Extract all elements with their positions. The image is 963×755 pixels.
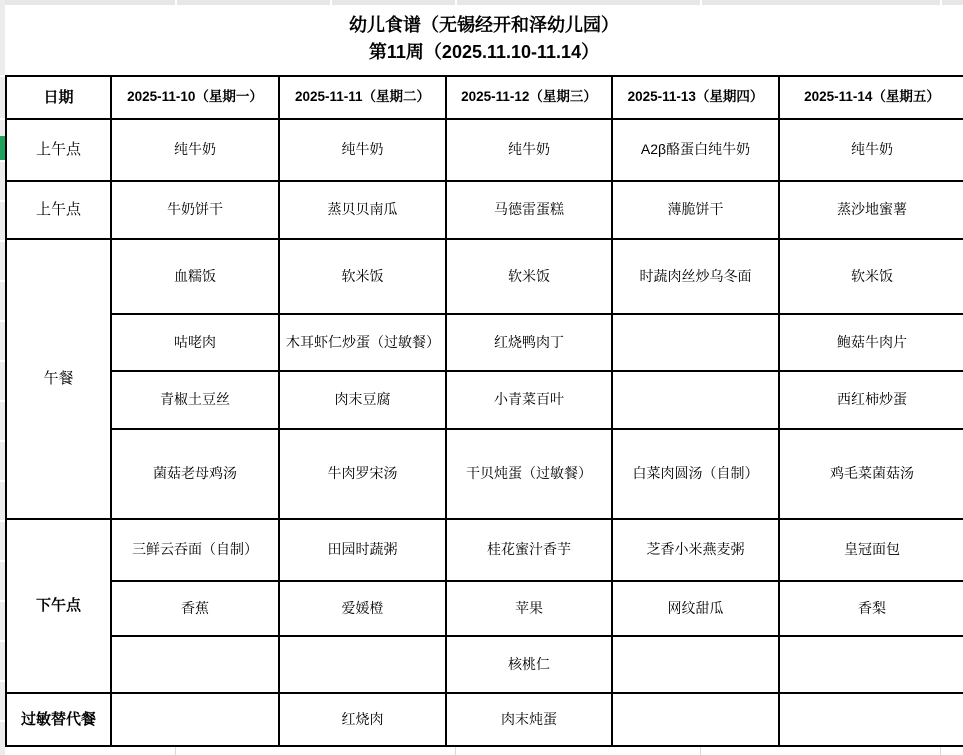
menu-cell[interactable]: 纯牛奶 [446, 119, 612, 181]
menu-cell[interactable] [279, 636, 446, 693]
menu-cell[interactable]: 时蔬肉丝炒乌冬面 [612, 239, 779, 314]
menu-cell[interactable]: 干贝炖蛋（过敏餐） [446, 429, 612, 519]
row-label-lunch[interactable]: 午餐 [6, 239, 111, 519]
corner-label-date[interactable]: 日期 [6, 76, 111, 119]
menu-table: 日期 2025-11-10（星期一） 2025-11-11（星期二） 2025-… [5, 75, 963, 747]
table-row-morning-snack-2: 上午点 牛奶饼干 蒸贝贝南瓜 马德雷蛋糕 薄脆饼干 蒸沙地蜜薯 [6, 181, 963, 239]
menu-cell[interactable]: 软米饭 [446, 239, 612, 314]
menu-cell[interactable]: 软米饭 [279, 239, 446, 314]
row-label-afternoon-snack[interactable]: 下午点 [6, 519, 111, 693]
menu-cell[interactable]: 纯牛奶 [279, 119, 446, 181]
table-row-lunch-soup: 菌菇老母鸡汤 牛肉罗宋汤 干贝炖蛋（过敏餐） 白菜肉圆汤（自制） 鸡毛菜菌菇汤 [6, 429, 963, 519]
menu-cell[interactable]: 三鲜云吞面（自制） [111, 519, 279, 581]
menu-cell[interactable]: A2β酪蛋白纯牛奶 [612, 119, 779, 181]
menu-cell[interactable]: 香梨 [779, 581, 963, 636]
menu-cell[interactable]: 桂花蜜汁香芋 [446, 519, 612, 581]
title-line-1: 幼儿食谱（无锡经开和泽幼儿园） [5, 12, 963, 39]
menu-cell[interactable] [111, 693, 279, 746]
table-row-header: 日期 2025-11-10（星期一） 2025-11-11（星期二） 2025-… [6, 76, 963, 119]
gridline [455, 746, 456, 755]
menu-cell[interactable]: 白菜肉圆汤（自制） [612, 429, 779, 519]
menu-cell[interactable]: 芝香小米燕麦粥 [612, 519, 779, 581]
menu-cell[interactable]: 核桃仁 [446, 636, 612, 693]
menu-cell[interactable]: 咕咾肉 [111, 314, 279, 371]
menu-cell[interactable]: 鸡毛菜菌菇汤 [779, 429, 963, 519]
menu-cell[interactable]: 软米饭 [779, 239, 963, 314]
menu-cell[interactable]: 菌菇老母鸡汤 [111, 429, 279, 519]
menu-cell[interactable]: 鲍菇牛肉片 [779, 314, 963, 371]
menu-cell[interactable] [111, 636, 279, 693]
menu-cell[interactable]: 爱媛橙 [279, 581, 446, 636]
menu-cell[interactable]: 红烧肉 [279, 693, 446, 746]
menu-cell[interactable]: 网纹甜瓜 [612, 581, 779, 636]
menu-cell[interactable]: 红烧鸭肉丁 [446, 314, 612, 371]
spreadsheet-view: 幼儿食谱（无锡经开和泽幼儿园） 第11周（2025.11.10-11.14） 日… [0, 0, 963, 755]
table-row-allergy-substitute: 过敏替代餐 红烧肉 肉末炖蛋 [6, 693, 963, 746]
sheet-gridline-strip-bottom [5, 746, 963, 755]
page-title: 幼儿食谱（无锡经开和泽幼儿园） 第11周（2025.11.10-11.14） [5, 12, 963, 66]
table-row-lunch-staple: 午餐 血糯饭 软米饭 软米饭 时蔬肉丝炒乌冬面 软米饭 [6, 239, 963, 314]
menu-cell[interactable]: 皇冠面包 [779, 519, 963, 581]
table-row-afternoon-fruit: 香蕉 爱媛橙 苹果 网纹甜瓜 香梨 [6, 581, 963, 636]
menu-cell[interactable]: 纯牛奶 [111, 119, 279, 181]
menu-cell[interactable] [612, 371, 779, 429]
day-header-wednesday[interactable]: 2025-11-12（星期三） [446, 76, 612, 119]
gridline [330, 0, 332, 5]
row-label-morning-snack-2[interactable]: 上午点 [6, 181, 111, 239]
menu-cell[interactable]: 薄脆饼干 [612, 181, 779, 239]
day-header-monday[interactable]: 2025-11-10（星期一） [111, 76, 279, 119]
table-row-lunch-main: 咕咾肉 木耳虾仁炒蛋（过敏餐） 红烧鸭肉丁 鲍菇牛肉片 [6, 314, 963, 371]
menu-cell[interactable]: 田园时蔬粥 [279, 519, 446, 581]
menu-cell[interactable] [612, 636, 779, 693]
menu-cell[interactable]: 纯牛奶 [779, 119, 963, 181]
gridline [700, 0, 702, 5]
menu-cell[interactable]: 肉末炖蛋 [446, 693, 612, 746]
menu-cell[interactable] [779, 636, 963, 693]
gridline [940, 0, 942, 5]
day-header-friday[interactable]: 2025-11-14（星期五） [779, 76, 963, 119]
gridline [175, 0, 177, 5]
menu-cell[interactable]: 蒸沙地蜜薯 [779, 181, 963, 239]
menu-cell[interactable]: 木耳虾仁炒蛋（过敏餐） [279, 314, 446, 371]
menu-cell[interactable]: 肉末豆腐 [279, 371, 446, 429]
table-row-lunch-vegetable: 青椒土豆丝 肉末豆腐 小青菜百叶 西红柿炒蛋 [6, 371, 963, 429]
menu-cell[interactable]: 马德雷蛋糕 [446, 181, 612, 239]
menu-cell[interactable]: 蒸贝贝南瓜 [279, 181, 446, 239]
menu-cell[interactable]: 血糯饭 [111, 239, 279, 314]
menu-cell[interactable] [612, 693, 779, 746]
gridline [455, 0, 457, 5]
sheet-gridline-strip-top [0, 0, 963, 5]
day-header-thursday[interactable]: 2025-11-13（星期四） [612, 76, 779, 119]
menu-cell[interactable]: 牛奶饼干 [111, 181, 279, 239]
menu-cell[interactable]: 苹果 [446, 581, 612, 636]
day-header-tuesday[interactable]: 2025-11-11（星期二） [279, 76, 446, 119]
menu-cell[interactable]: 香蕉 [111, 581, 279, 636]
menu-cell[interactable]: 牛肉罗宋汤 [279, 429, 446, 519]
row-label-allergy-substitute[interactable]: 过敏替代餐 [6, 693, 111, 746]
gridline [940, 746, 941, 755]
menu-cell[interactable]: 小青菜百叶 [446, 371, 612, 429]
menu-cell[interactable] [779, 693, 963, 746]
menu-cell[interactable]: 西红柿炒蛋 [779, 371, 963, 429]
menu-cell[interactable] [612, 314, 779, 371]
table-row-afternoon-snack-1: 下午点 三鲜云吞面（自制） 田园时蔬粥 桂花蜜汁香芋 芝香小米燕麦粥 皇冠面包 [6, 519, 963, 581]
menu-cell[interactable]: 青椒土豆丝 [111, 371, 279, 429]
title-line-2: 第11周（2025.11.10-11.14） [5, 39, 963, 66]
table-row-morning-snack-1: 上午点 纯牛奶 纯牛奶 纯牛奶 A2β酪蛋白纯牛奶 纯牛奶 [6, 119, 963, 181]
gridline [175, 746, 176, 755]
table-row-afternoon-extra: 核桃仁 [6, 636, 963, 693]
row-label-morning-snack-1[interactable]: 上午点 [6, 119, 111, 181]
gridline [700, 746, 701, 755]
